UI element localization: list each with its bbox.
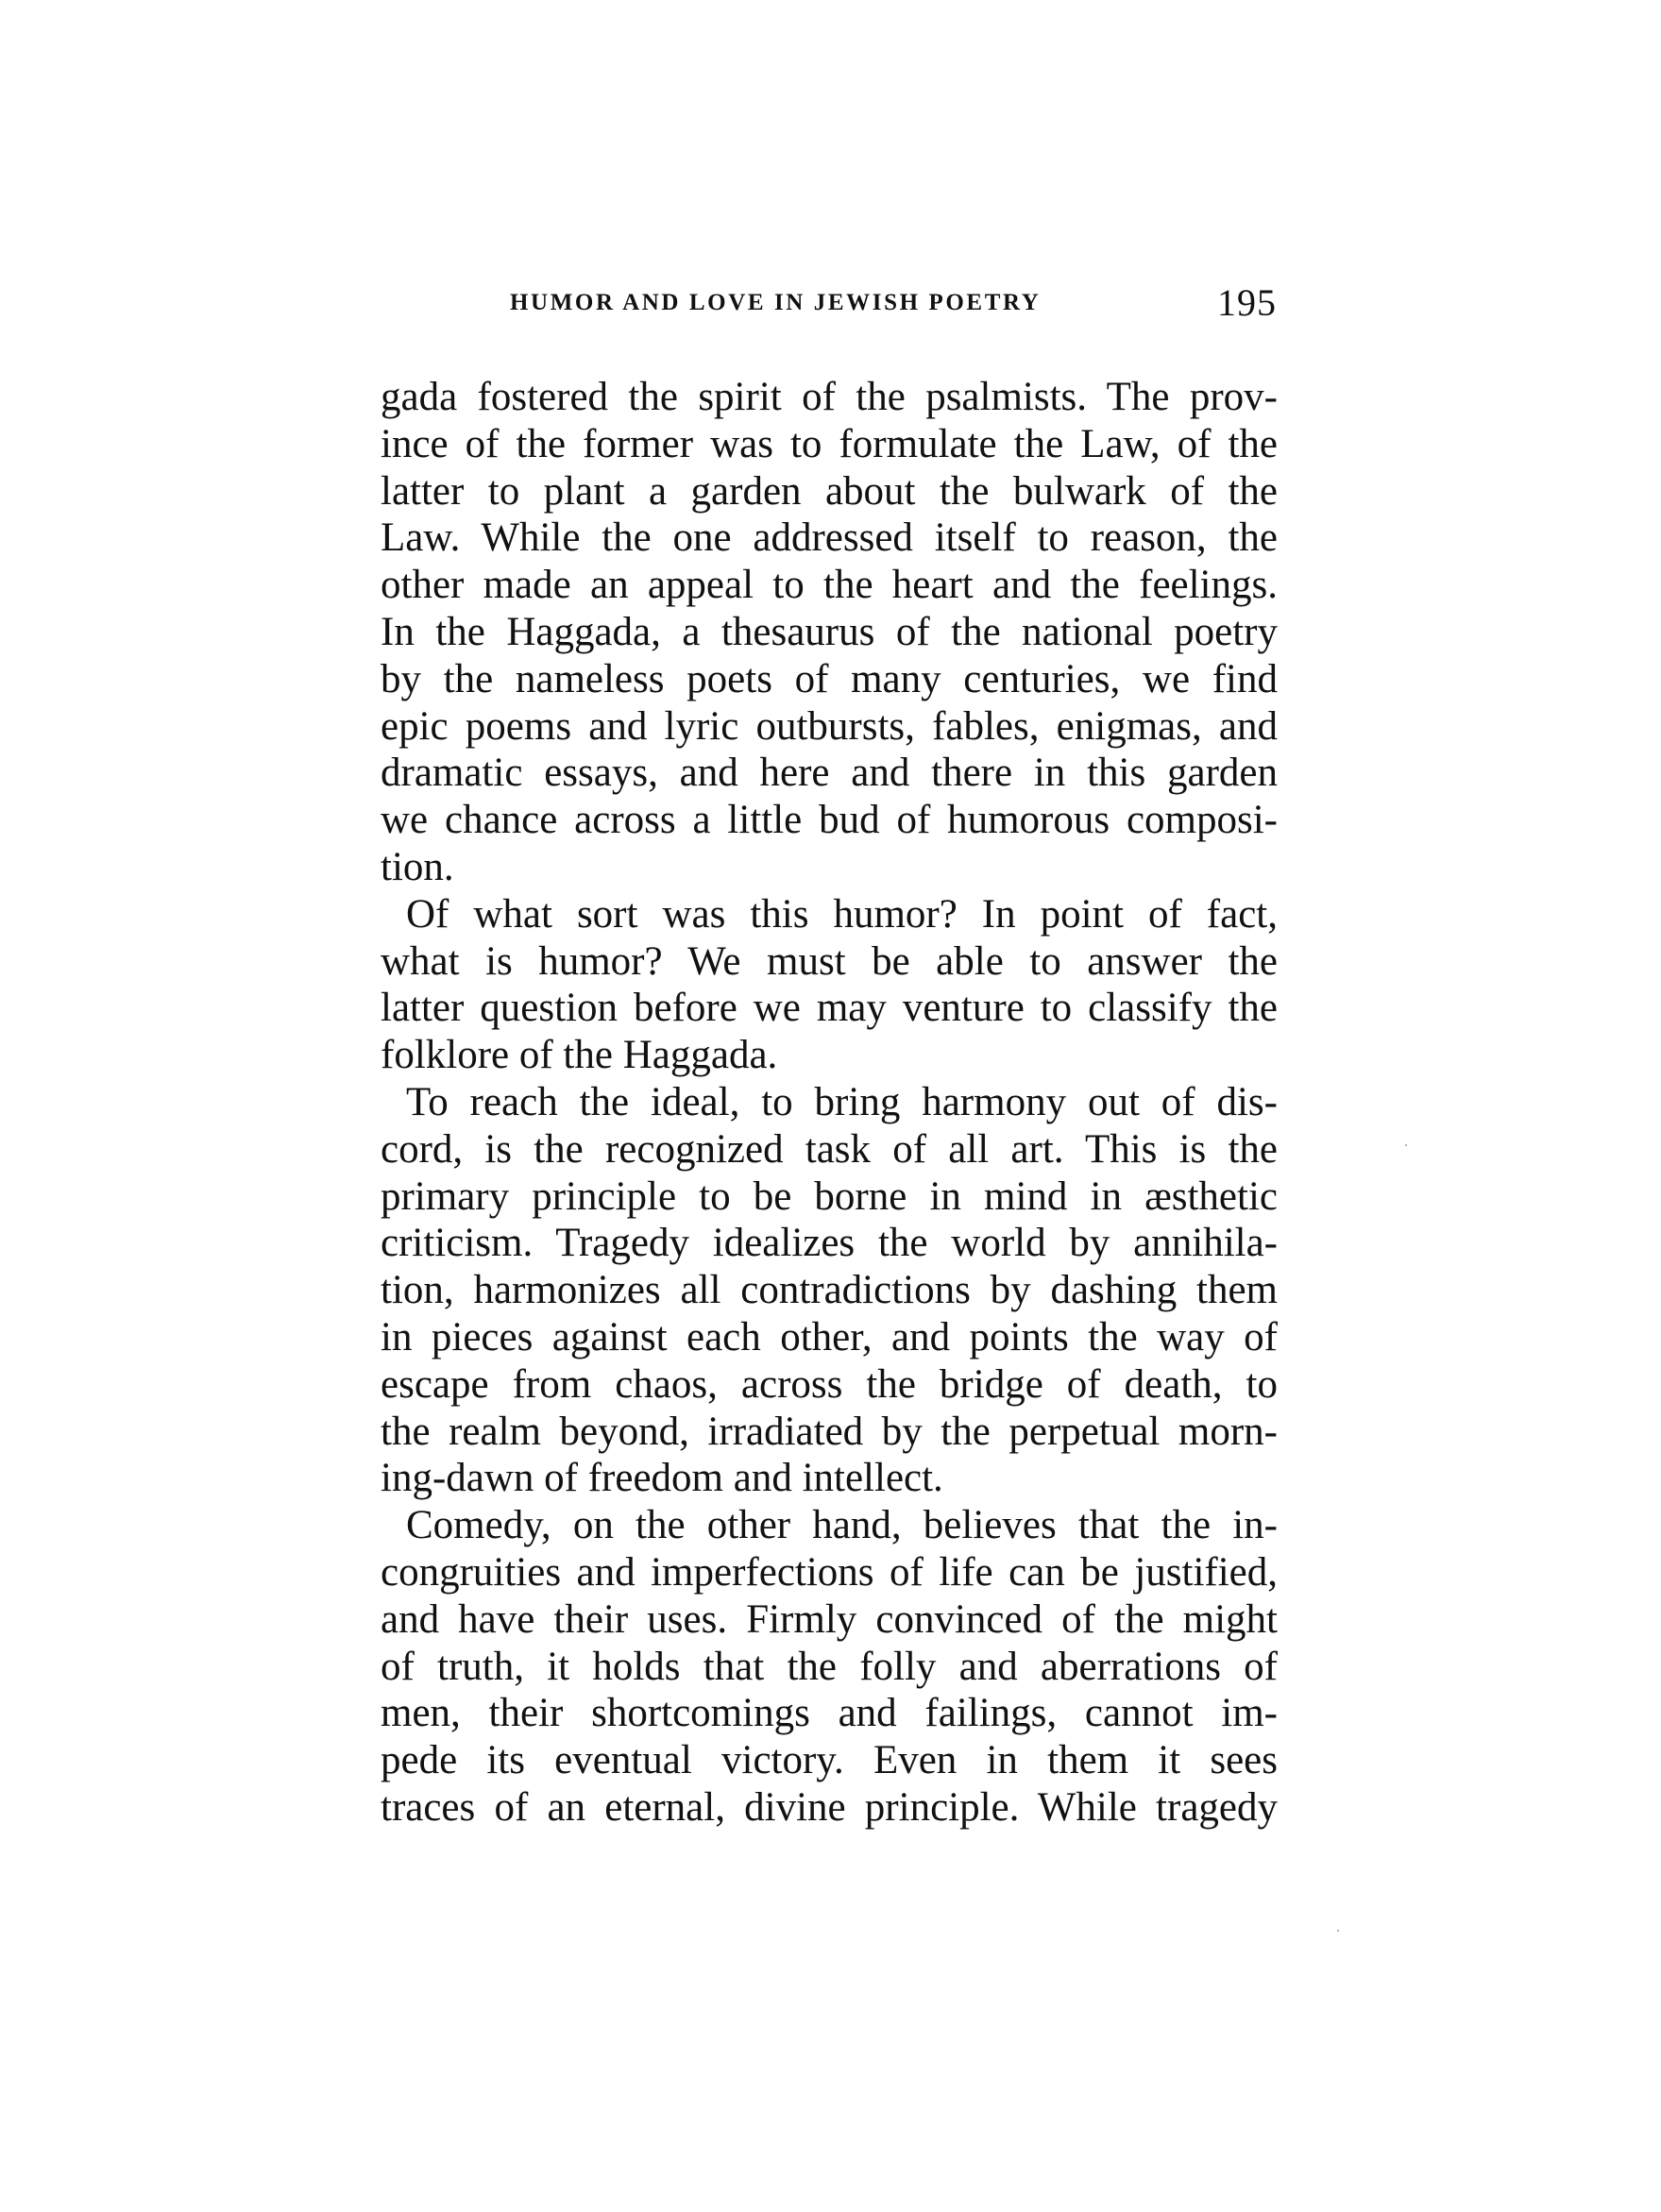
text-line: primary principle to be borne in mind in… [381,1174,1278,1221]
body-text: gada fostered the spirit of the psalmist… [381,374,1278,1832]
text-line: escape from chaos, across the bridge of … [381,1361,1278,1409]
text-line: traces of an eternal, divine principle. … [381,1784,1278,1832]
page-number: 195 [1217,282,1277,324]
text-line: congruities and imperfections of life ca… [381,1549,1278,1596]
running-title: HUMOR AND LOVE IN JEWISH POETRY [510,288,1041,318]
text-line: latter question before we may venture to… [381,985,1278,1032]
paragraph-end-line: folklore of the Haggada. [381,1032,1278,1079]
paragraph-end-line: tion. [381,844,1278,891]
paragraph-end-line: ing-dawn of freedom and intellect. [381,1455,1278,1502]
scan-speck [1405,1144,1407,1146]
paragraph-start-line: Of what sort was this humor? In point of… [381,891,1278,938]
text-line: epic poems and lyric outbursts, fables, … [381,703,1278,751]
paragraph-start-line: To reach the ideal, to bring harmony out… [381,1079,1278,1126]
text-line: and have their uses. Firmly convinced of… [381,1596,1278,1644]
text-line: we chance across a little bud of humorou… [381,797,1278,844]
text-line: pede its eventual victory. Even in them … [381,1737,1278,1784]
text-line: the realm beyond, irradiated by the perp… [381,1409,1278,1456]
text-line: In the Haggada, a thesaurus of the natio… [381,609,1278,656]
text-line: what is humor? We must be able to answer… [381,938,1278,986]
scan-speck [1337,1930,1339,1932]
text-line: other made an appeal to the heart and th… [381,562,1278,609]
text-line: Law. While the one addressed itself to r… [381,515,1278,562]
text-line: in pieces against each other, and points… [381,1314,1278,1361]
text-line: gada fostered the spirit of the psalmist… [381,374,1278,421]
text-line: of truth, it holds that the folly and ab… [381,1644,1278,1691]
text-line: latter to plant a garden about the bulwa… [381,468,1278,515]
paragraph-start-line: Comedy, on the other hand, believes that… [381,1502,1278,1549]
text-line: criticism. Tragedy idealizes the world b… [381,1220,1278,1267]
text-line: tion, harmonizes all contradictions by d… [381,1267,1278,1314]
text-line: by the nameless poets of many centuries,… [381,656,1278,703]
book-page: HUMOR AND LOVE IN JEWISH POETRY 195 gada… [0,0,1661,2212]
text-line: ince of the former was to formulate the … [381,421,1278,468]
text-line: men, their shortcomings and failings, ca… [381,1690,1278,1737]
text-line: dramatic essays, and here and there in t… [381,750,1278,797]
text-line: cord, is the recognized task of all art.… [381,1126,1278,1174]
running-head: HUMOR AND LOVE IN JEWISH POETRY 195 [510,288,1277,326]
